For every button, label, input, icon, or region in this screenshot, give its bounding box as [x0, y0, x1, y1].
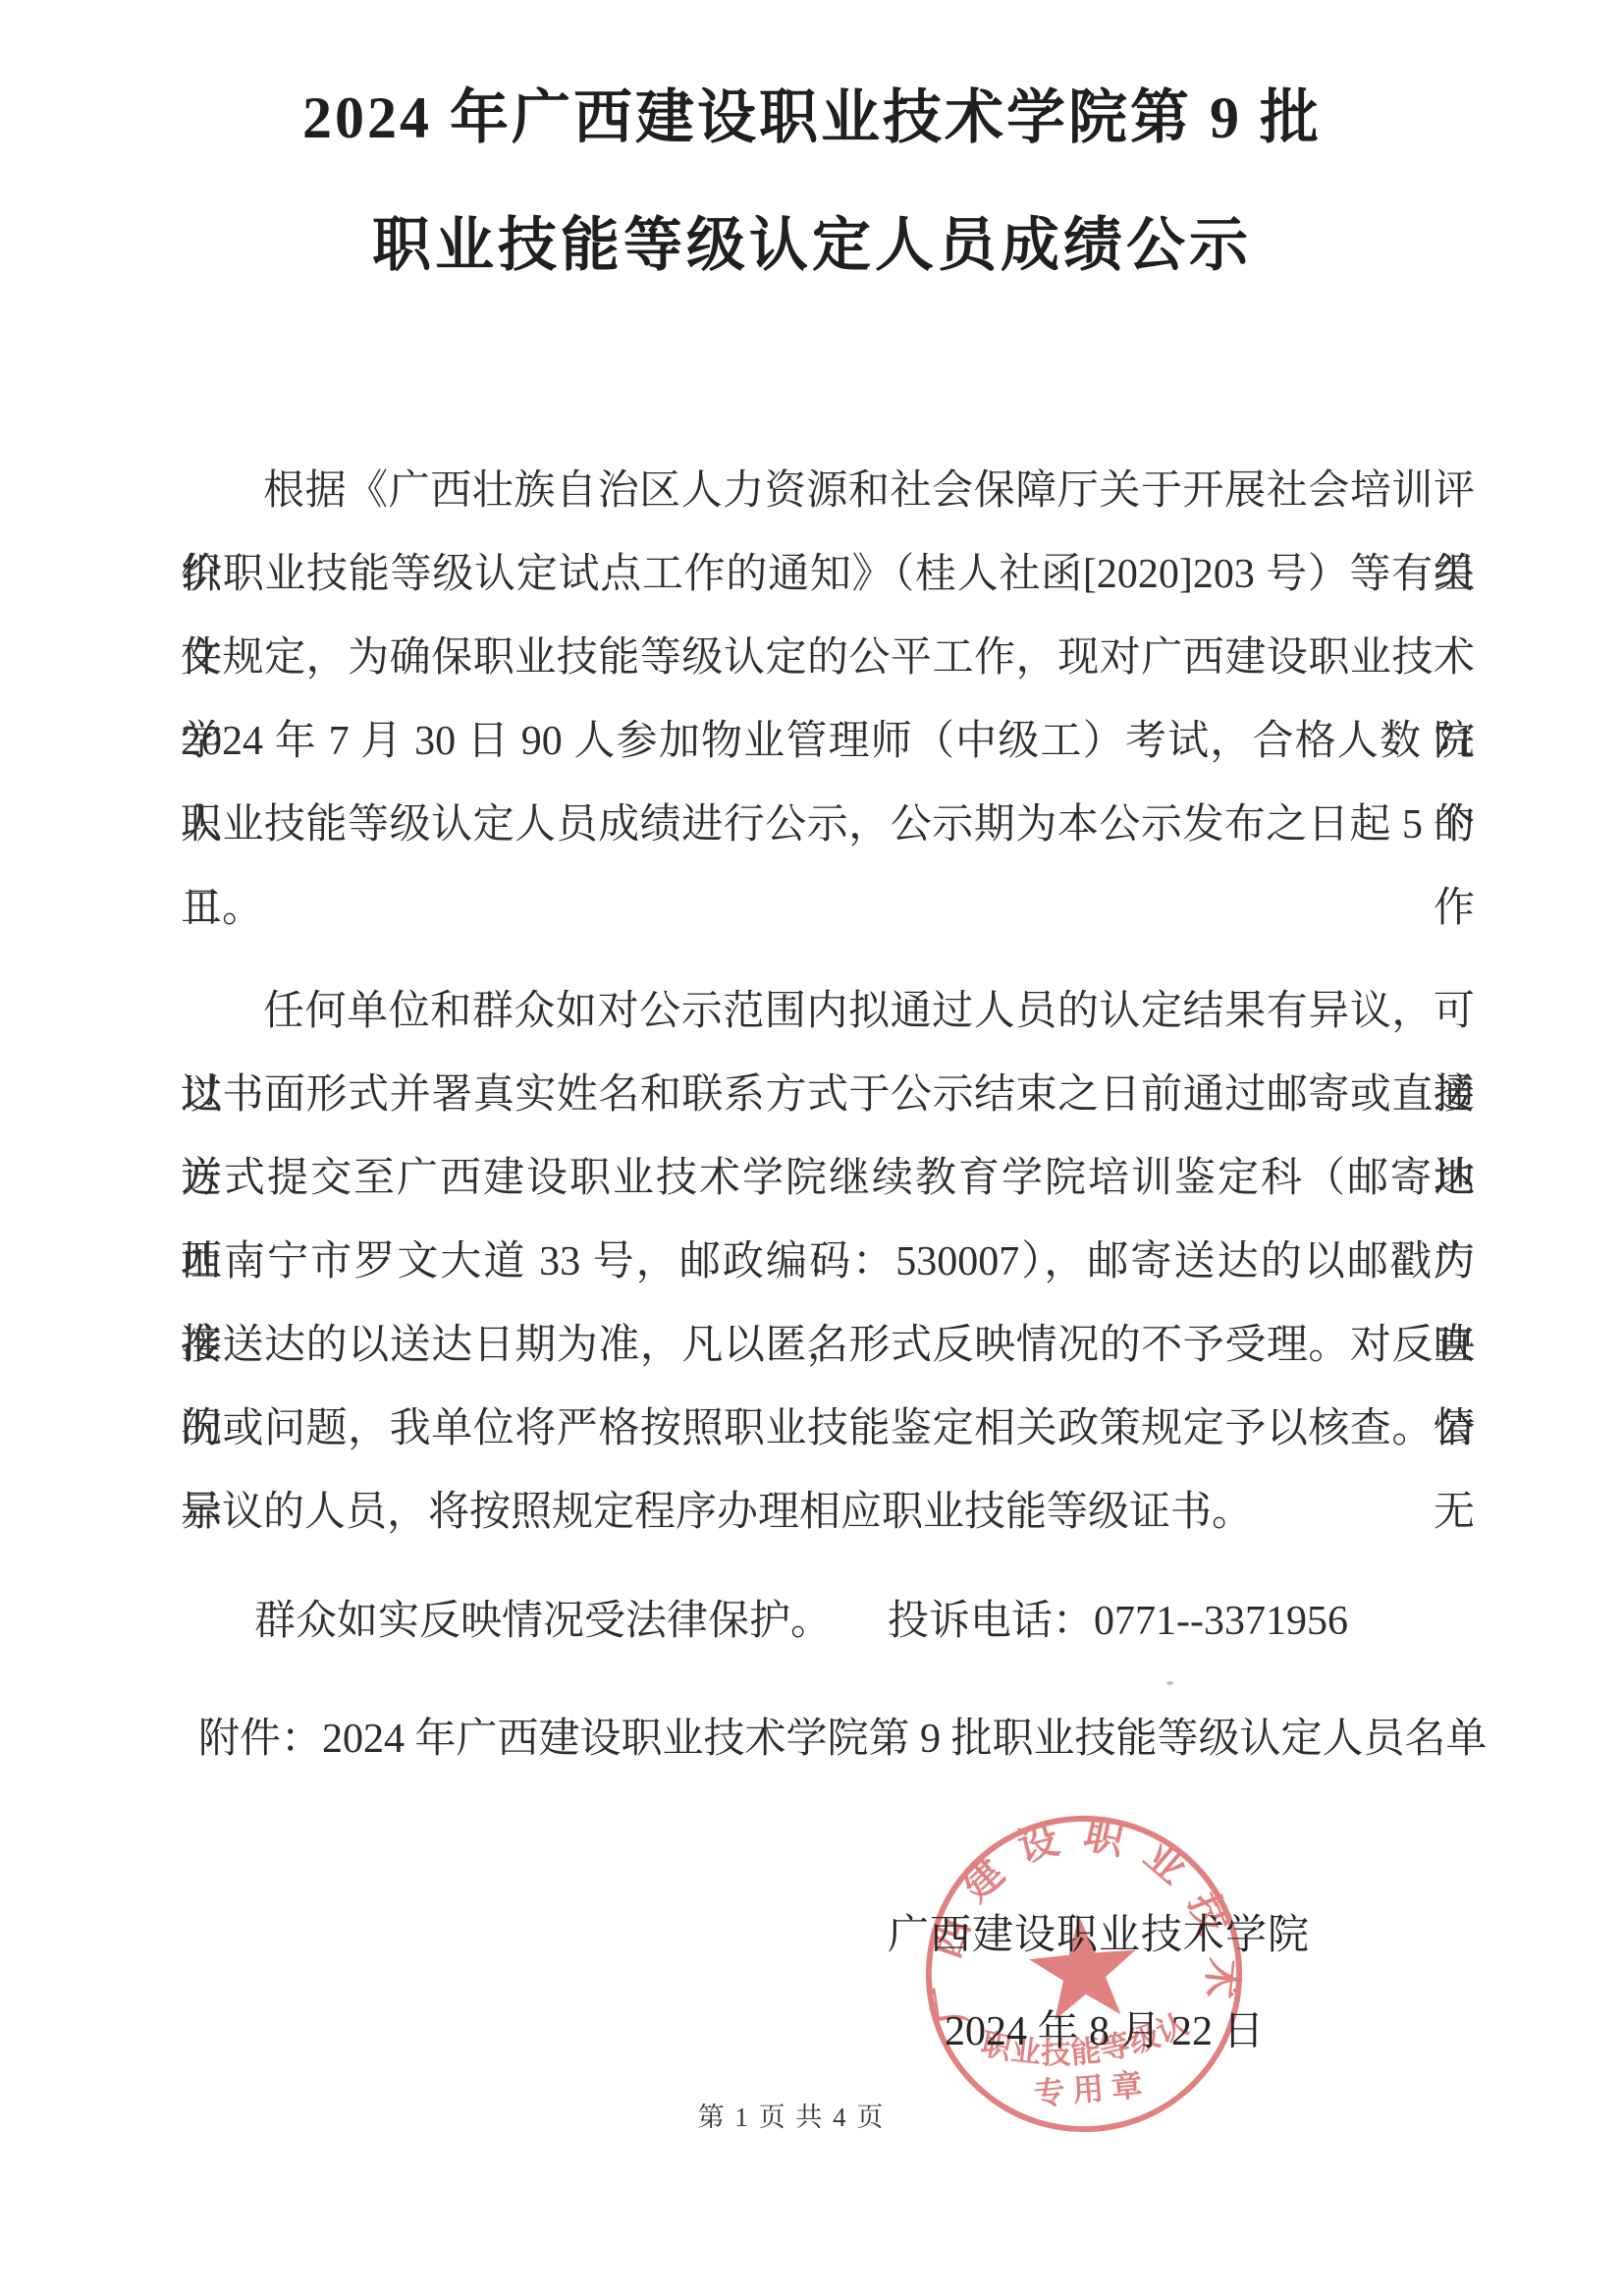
legal-protection-text: 群众如实反映情况受法律保护。 [254, 1599, 832, 1644]
page-title-line-1: 2024 年广西建设职业技术学院第 9 批 [0, 86, 1624, 149]
body-line: 件规定，为确保职业技能等级认定的公平工作，现对广西建设职业技术学院 [181, 617, 1475, 700]
scan-artifact-dot [1166, 1681, 1173, 1685]
complaint-hotline: 投诉电话：0771--3371956 [888, 1580, 1348, 1664]
body-line: 根据《广西壮族自治区人力资源和社会保障厅关于开展社会培训评价组 [181, 450, 1475, 533]
body-line: 方式提交至广西建设职业技术学院继续教育学院培训鉴定科（邮寄地址：广 [181, 1137, 1475, 1221]
body-line: 职业技能等级认定人员成绩进行公示，公示期为本公示发布之日起 5 个工作 [181, 784, 1475, 867]
page-title-line-2: 职业技能等级认定人员成绩公示 [0, 214, 1624, 277]
attachment-line: 附件：2024 年广西建设职业技术学院第 9 批职业技能等级认定人员名单 [198, 1698, 1514, 1781]
paragraph-2: 任何单位和群众如对公示范围内拟通过人员的认定结果有异议，可以通 过书面形式并署真… [181, 970, 1475, 1555]
paragraph-1: 根据《广西壮族自治区人力资源和社会保障厅关于开展社会培训评价组 织职业技能等级认… [181, 450, 1475, 951]
paragraph-3: 群众如实反映情况受法律保护。 投诉电话：0771--3371956 [181, 1580, 1475, 1664]
signature-date: 2024 年 8 月 22 日 [945, 1991, 1265, 2074]
body-line: 西南宁市罗文大道 33 号，邮政编码：530007），邮寄送达的以邮戳为准，直 [181, 1221, 1475, 1304]
signature-org: 广西建设职业技术学院 [888, 1894, 1310, 1978]
body-line: 况或问题，我单位将严格按照职业技能鉴定相关政策规定予以核查。公示无 [181, 1388, 1475, 1471]
body-line: 任何单位和群众如对公示范围内拟通过人员的认定结果有异议，可以通 [181, 970, 1475, 1054]
body-line: 过书面形式并署真实姓名和联系方式于公示结束之日前通过邮寄或直接送达 [181, 1054, 1475, 1137]
scanned-notice-page: 2024 年广西建设职业技术学院第 9 批 职业技能等级认定人员成绩公示 根据《… [0, 0, 1624, 2296]
body-line: 2024 年 7 月 30 日 90 人参加物业管理师（中级工）考试，合格人数 … [181, 700, 1475, 784]
page-number: 第 1 页 共 4 页 [677, 2098, 905, 2137]
body-line: 织职业技能等级认定试点工作的通知》（桂人社函[2020]203 号）等有关文 [181, 533, 1475, 617]
body-line: 接送达的以送达日期为准，凡以匿名形式反映情况的不予受理。对反映的情 [181, 1304, 1475, 1388]
